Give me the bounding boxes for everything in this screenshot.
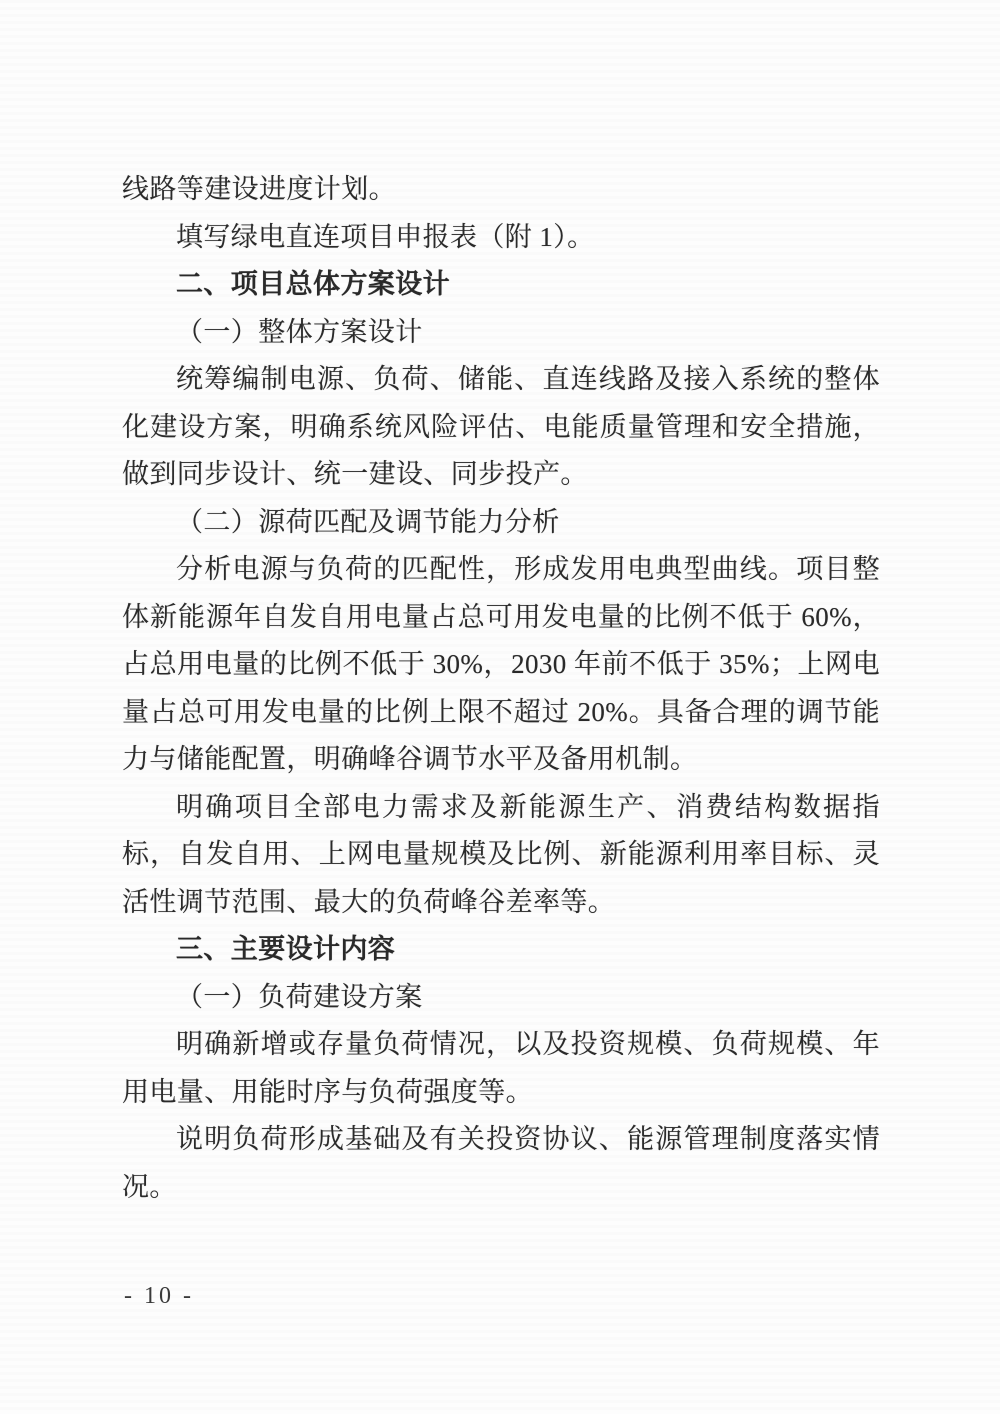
document-page: 线路等建设进度计划。 填写绿电直连项目申报表（附 1）。 二、项目总体方案设计 … [0, 0, 1000, 1414]
subsection-heading-2-2: （二）源荷匹配及调节能力分析 [122, 499, 880, 547]
paragraph: 分析电源与负荷的匹配性，形成发用电典型曲线。项目整体新能源年自发自用电量占总可用… [122, 546, 880, 784]
paragraph-continuation: 线路等建设进度计划。 [122, 166, 880, 214]
paragraph: 填写绿电直连项目申报表（附 1）。 [122, 214, 880, 262]
document-body: 线路等建设进度计划。 填写绿电直连项目申报表（附 1）。 二、项目总体方案设计 … [122, 166, 880, 1211]
section-heading-3: 三、主要设计内容 [122, 926, 880, 974]
paragraph: 明确项目全部电力需求及新能源生产、消费结构数据指标，自发自用、上网电量规模及比例… [122, 784, 880, 927]
subsection-heading-3-1: （一）负荷建设方案 [122, 974, 880, 1022]
section-heading-2: 二、项目总体方案设计 [122, 261, 880, 309]
subsection-heading-2-1: （一）整体方案设计 [122, 309, 880, 357]
paragraph: 说明负荷形成基础及有关投资协议、能源管理制度落实情况。 [122, 1116, 880, 1211]
paragraph: 明确新增或存量负荷情况，以及投资规模、负荷规模、年用电量、用能时序与负荷强度等。 [122, 1021, 880, 1116]
paragraph: 统筹编制电源、负荷、储能、直连线路及接入系统的整体化建设方案，明确系统风险评估、… [122, 356, 880, 499]
page-number: - 10 - [124, 1283, 194, 1310]
